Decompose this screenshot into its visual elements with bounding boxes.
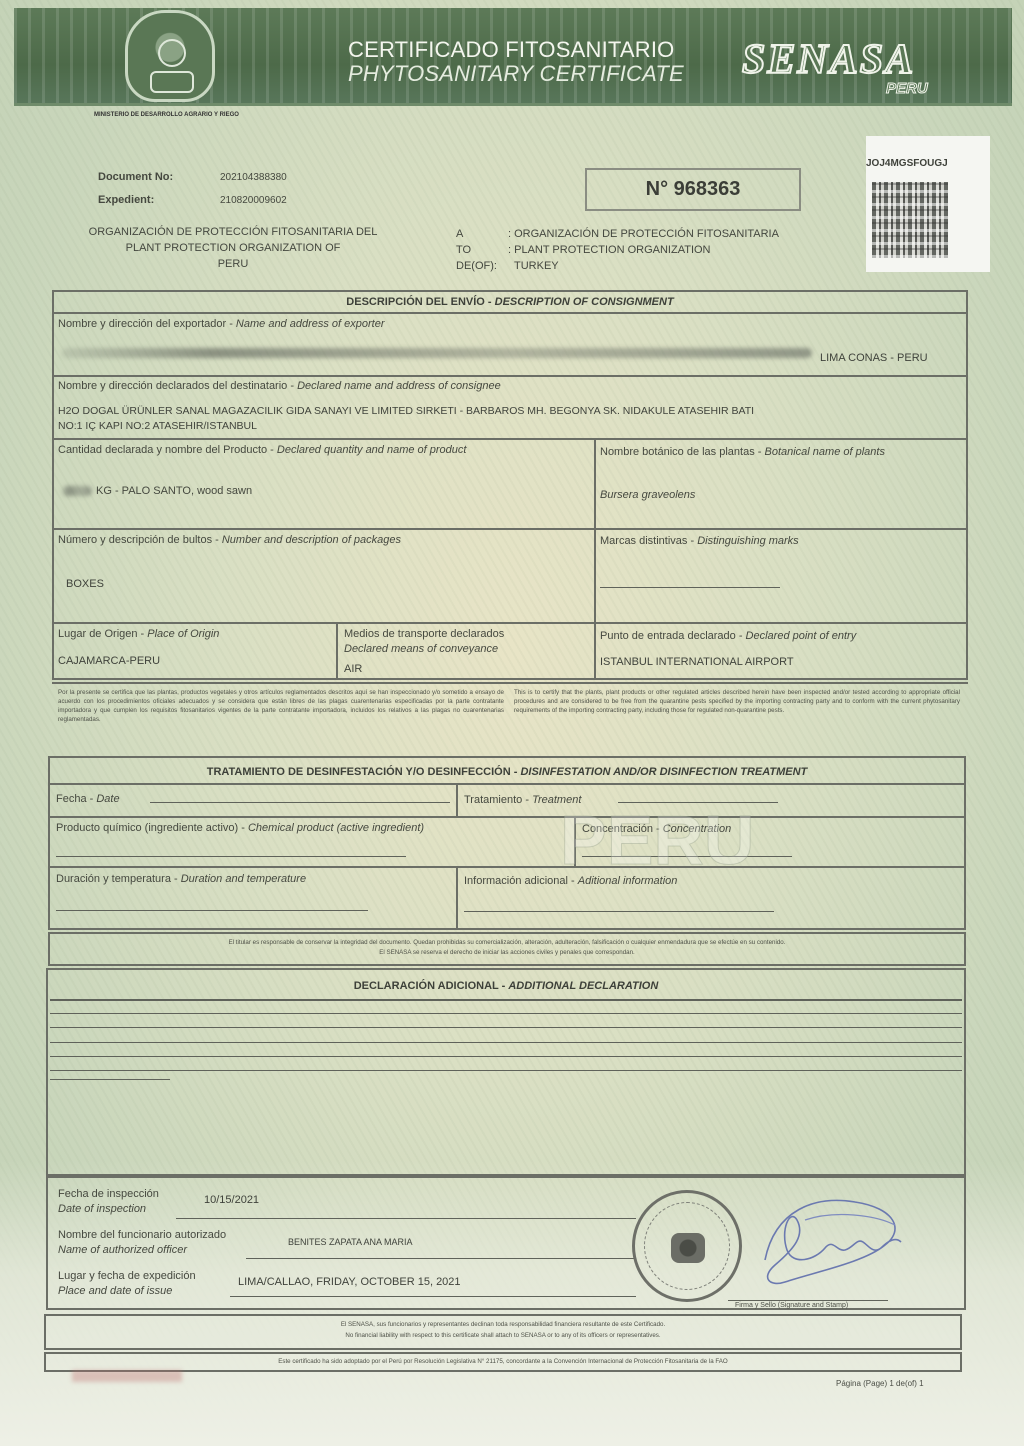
- page-number: Página (Page) 1 de(of) 1: [836, 1379, 924, 1388]
- divider: [52, 622, 968, 624]
- chemical-field: [56, 856, 406, 857]
- origin-org-line1: ORGANIZACIÓN DE PROTECCIÓN FITOSANITARIA…: [58, 224, 408, 240]
- destination-labels: A TO DE(OF):: [456, 226, 497, 274]
- packages-value: BOXES: [66, 578, 104, 590]
- label-to: TO: [456, 242, 497, 258]
- title-english: PHYTOSANITARY CERTIFICATE: [348, 62, 684, 86]
- inspection-date-field-line: [176, 1218, 636, 1219]
- declaration-line: [50, 1079, 170, 1080]
- certification-text-es: Por la presente se certifica que las pla…: [58, 688, 504, 724]
- divider: [48, 783, 966, 785]
- issue-label-es: Lugar y fecha de expedición: [58, 1270, 196, 1282]
- notice-line2: El SENASA se reserva el derecho de inici…: [54, 948, 960, 957]
- declaration-line: [50, 1042, 962, 1043]
- title-spanish: CERTIFICADO FITOSANITARIO: [348, 38, 684, 62]
- entry-value: ISTANBUL INTERNATIONAL AIRPORT: [600, 656, 794, 668]
- qr-panel: JOJ4MGSFOUGJ: [866, 136, 990, 272]
- product-label: Cantidad declarada y nombre del Producto…: [58, 444, 466, 456]
- disclaimer-line2: No financial liability with respect to t…: [50, 1331, 956, 1340]
- column-divider: [336, 622, 338, 680]
- certificate-page: CERTIFICADO FITOSANITARIO PHYTOSANITARY …: [0, 0, 1024, 1446]
- red-stamp-mark: [72, 1370, 182, 1382]
- certificate-title: CERTIFICADO FITOSANITARIO PHYTOSANITARY …: [348, 38, 684, 86]
- origin-value: CAJAMARCA-PERU: [58, 655, 160, 667]
- consignee-label: Nombre y dirección declarados del destin…: [58, 380, 501, 392]
- origin-org-line2: PLANT PROTECTION ORGANIZATION OF: [58, 240, 408, 256]
- declaration-line: [50, 1070, 962, 1071]
- duration-field: [56, 910, 368, 911]
- peru-coat-of-arms-icon: [125, 10, 215, 102]
- treatment-date-field: [150, 802, 450, 803]
- issue-label-en: Place and date of issue: [58, 1285, 172, 1297]
- divider: [52, 375, 968, 377]
- consignment-title: DESCRIPCIÓN DEL ENVÍO - DESCRIPTION OF C…: [52, 296, 968, 308]
- transport-value: AIR: [344, 663, 362, 675]
- origin-label: Lugar de Origen - Place of Origin: [58, 628, 219, 640]
- consignee-line1: H2O DOGAL ÜRÜNLER SANAL MAGAZACILIK GIDA…: [58, 405, 754, 417]
- declaration-line: [50, 1027, 962, 1028]
- divider: [52, 528, 968, 530]
- transport-label-es: Medios de transporte declarados: [344, 628, 504, 640]
- exporter-value: LIMA CONAS - PERU: [820, 352, 928, 364]
- officer-label-es: Nombre del funcionario autorizado: [58, 1229, 226, 1241]
- label-a: A: [456, 226, 497, 242]
- destination-organization: : ORGANIZACIÓN DE PROTECCIÓN FITOSANITAR…: [508, 226, 779, 274]
- divider: [52, 312, 968, 314]
- packages-label: Número y descripción de bultos - Number …: [58, 534, 401, 546]
- declaration-line: [50, 1056, 962, 1057]
- divider: [48, 866, 966, 868]
- botanical-value: Bursera graveolens: [600, 489, 695, 501]
- column-divider: [456, 783, 458, 816]
- issue-field-line: [230, 1296, 636, 1297]
- origin-org-line3: PERU: [58, 256, 408, 272]
- senasa-logo: SENASA: [742, 36, 915, 84]
- inspection-date-value: 10/15/2021: [204, 1194, 259, 1206]
- document-no-value: 202104388380: [220, 172, 287, 183]
- qr-code-text: JOJ4MGSFOUGJ: [866, 158, 948, 169]
- consignee-line2: NO:1 IÇ KAPI NO:2 ATASEHIR/ISTANBUL: [58, 420, 257, 432]
- declaration-line: [50, 999, 962, 1001]
- peru-watermark: PERU: [560, 800, 754, 880]
- signature-caption: Firma y Sello (Signature and Stamp): [735, 1302, 848, 1309]
- chemical-label: Producto químico (ingrediente activo) - …: [56, 822, 424, 834]
- certificate-number: N° 968363: [585, 168, 801, 211]
- destination-org-line2: : PLANT PROTECTION ORGANIZATION: [508, 242, 779, 258]
- destination-country: TURKEY: [514, 258, 779, 274]
- official-stamp: [632, 1190, 742, 1302]
- disclaimer-line1: El SENASA, sus funcionarios y representa…: [50, 1320, 956, 1329]
- inspection-date-label-en: Date of inspection: [58, 1203, 146, 1215]
- column-divider: [594, 438, 596, 680]
- officer-field-line: [246, 1258, 636, 1259]
- redacted-quantity: [62, 486, 92, 496]
- exporter-label: Nombre y dirección del exportador - Name…: [58, 318, 385, 330]
- declaration-line: [50, 1013, 962, 1014]
- document-no-label: Document No:: [98, 171, 173, 183]
- stamp-emblem-icon: [671, 1233, 705, 1263]
- duration-label: Duración y temperatura - Duration and te…: [56, 873, 306, 885]
- officer-signature: [745, 1190, 915, 1295]
- inspection-date-label-es: Fecha de inspección: [58, 1188, 159, 1200]
- convention-text: Este certificado ha sido adoptado por el…: [50, 1357, 956, 1366]
- entry-label: Punto de entrada declarado - Declared po…: [600, 630, 856, 642]
- redacted-exporter: [62, 348, 812, 358]
- senasa-logo-country: PERU: [886, 80, 928, 97]
- notice-line1: El titular es responsable de conservar l…: [54, 938, 960, 947]
- transport-label-en: Declared means of conveyance: [344, 643, 498, 655]
- destination-org-line1: : ORGANIZACIÓN DE PROTECCIÓN FITOSANITAR…: [508, 226, 779, 242]
- column-divider: [456, 866, 458, 930]
- treatment-date-label: Fecha - Date: [56, 793, 120, 805]
- origin-organization: ORGANIZACIÓN DE PROTECCIÓN FITOSANITARIA…: [58, 224, 408, 272]
- officer-label-en: Name of authorized officer: [58, 1244, 187, 1256]
- divider: [52, 438, 968, 440]
- issue-value: LIMA/CALLAO, FRIDAY, OCTOBER 15, 2021: [238, 1276, 461, 1288]
- additional-declaration-title: DECLARACIÓN ADICIONAL - ADDITIONAL DECLA…: [46, 980, 966, 992]
- expedient-value: 210820009602: [220, 195, 287, 206]
- divider: [48, 816, 966, 818]
- qr-code-icon: [872, 182, 948, 258]
- label-de: DE(OF):: [456, 258, 497, 274]
- ministry-line: MINISTERIO DE DESARROLLO AGRARIO Y RIEGO: [94, 112, 239, 118]
- marks-label: Marcas distintivas - Distinguishing mark…: [600, 535, 799, 547]
- product-value: KG - PALO SANTO, wood sawn: [96, 485, 252, 497]
- botanical-label: Nombre botánico de las plantas - Botanic…: [600, 446, 885, 458]
- certification-text-en: This is to certify that the plants, plan…: [514, 688, 960, 715]
- marks-field-line: [600, 587, 780, 588]
- divider: [52, 682, 968, 684]
- treatment-title: TRATAMIENTO DE DESINFESTACIÓN Y/O DESINF…: [48, 766, 966, 778]
- expedient-label: Expedient:: [98, 194, 154, 206]
- officer-value: BENITES ZAPATA ANA MARIA: [288, 1237, 413, 1247]
- signature-line: [728, 1300, 888, 1301]
- additional-info-field: [464, 911, 774, 912]
